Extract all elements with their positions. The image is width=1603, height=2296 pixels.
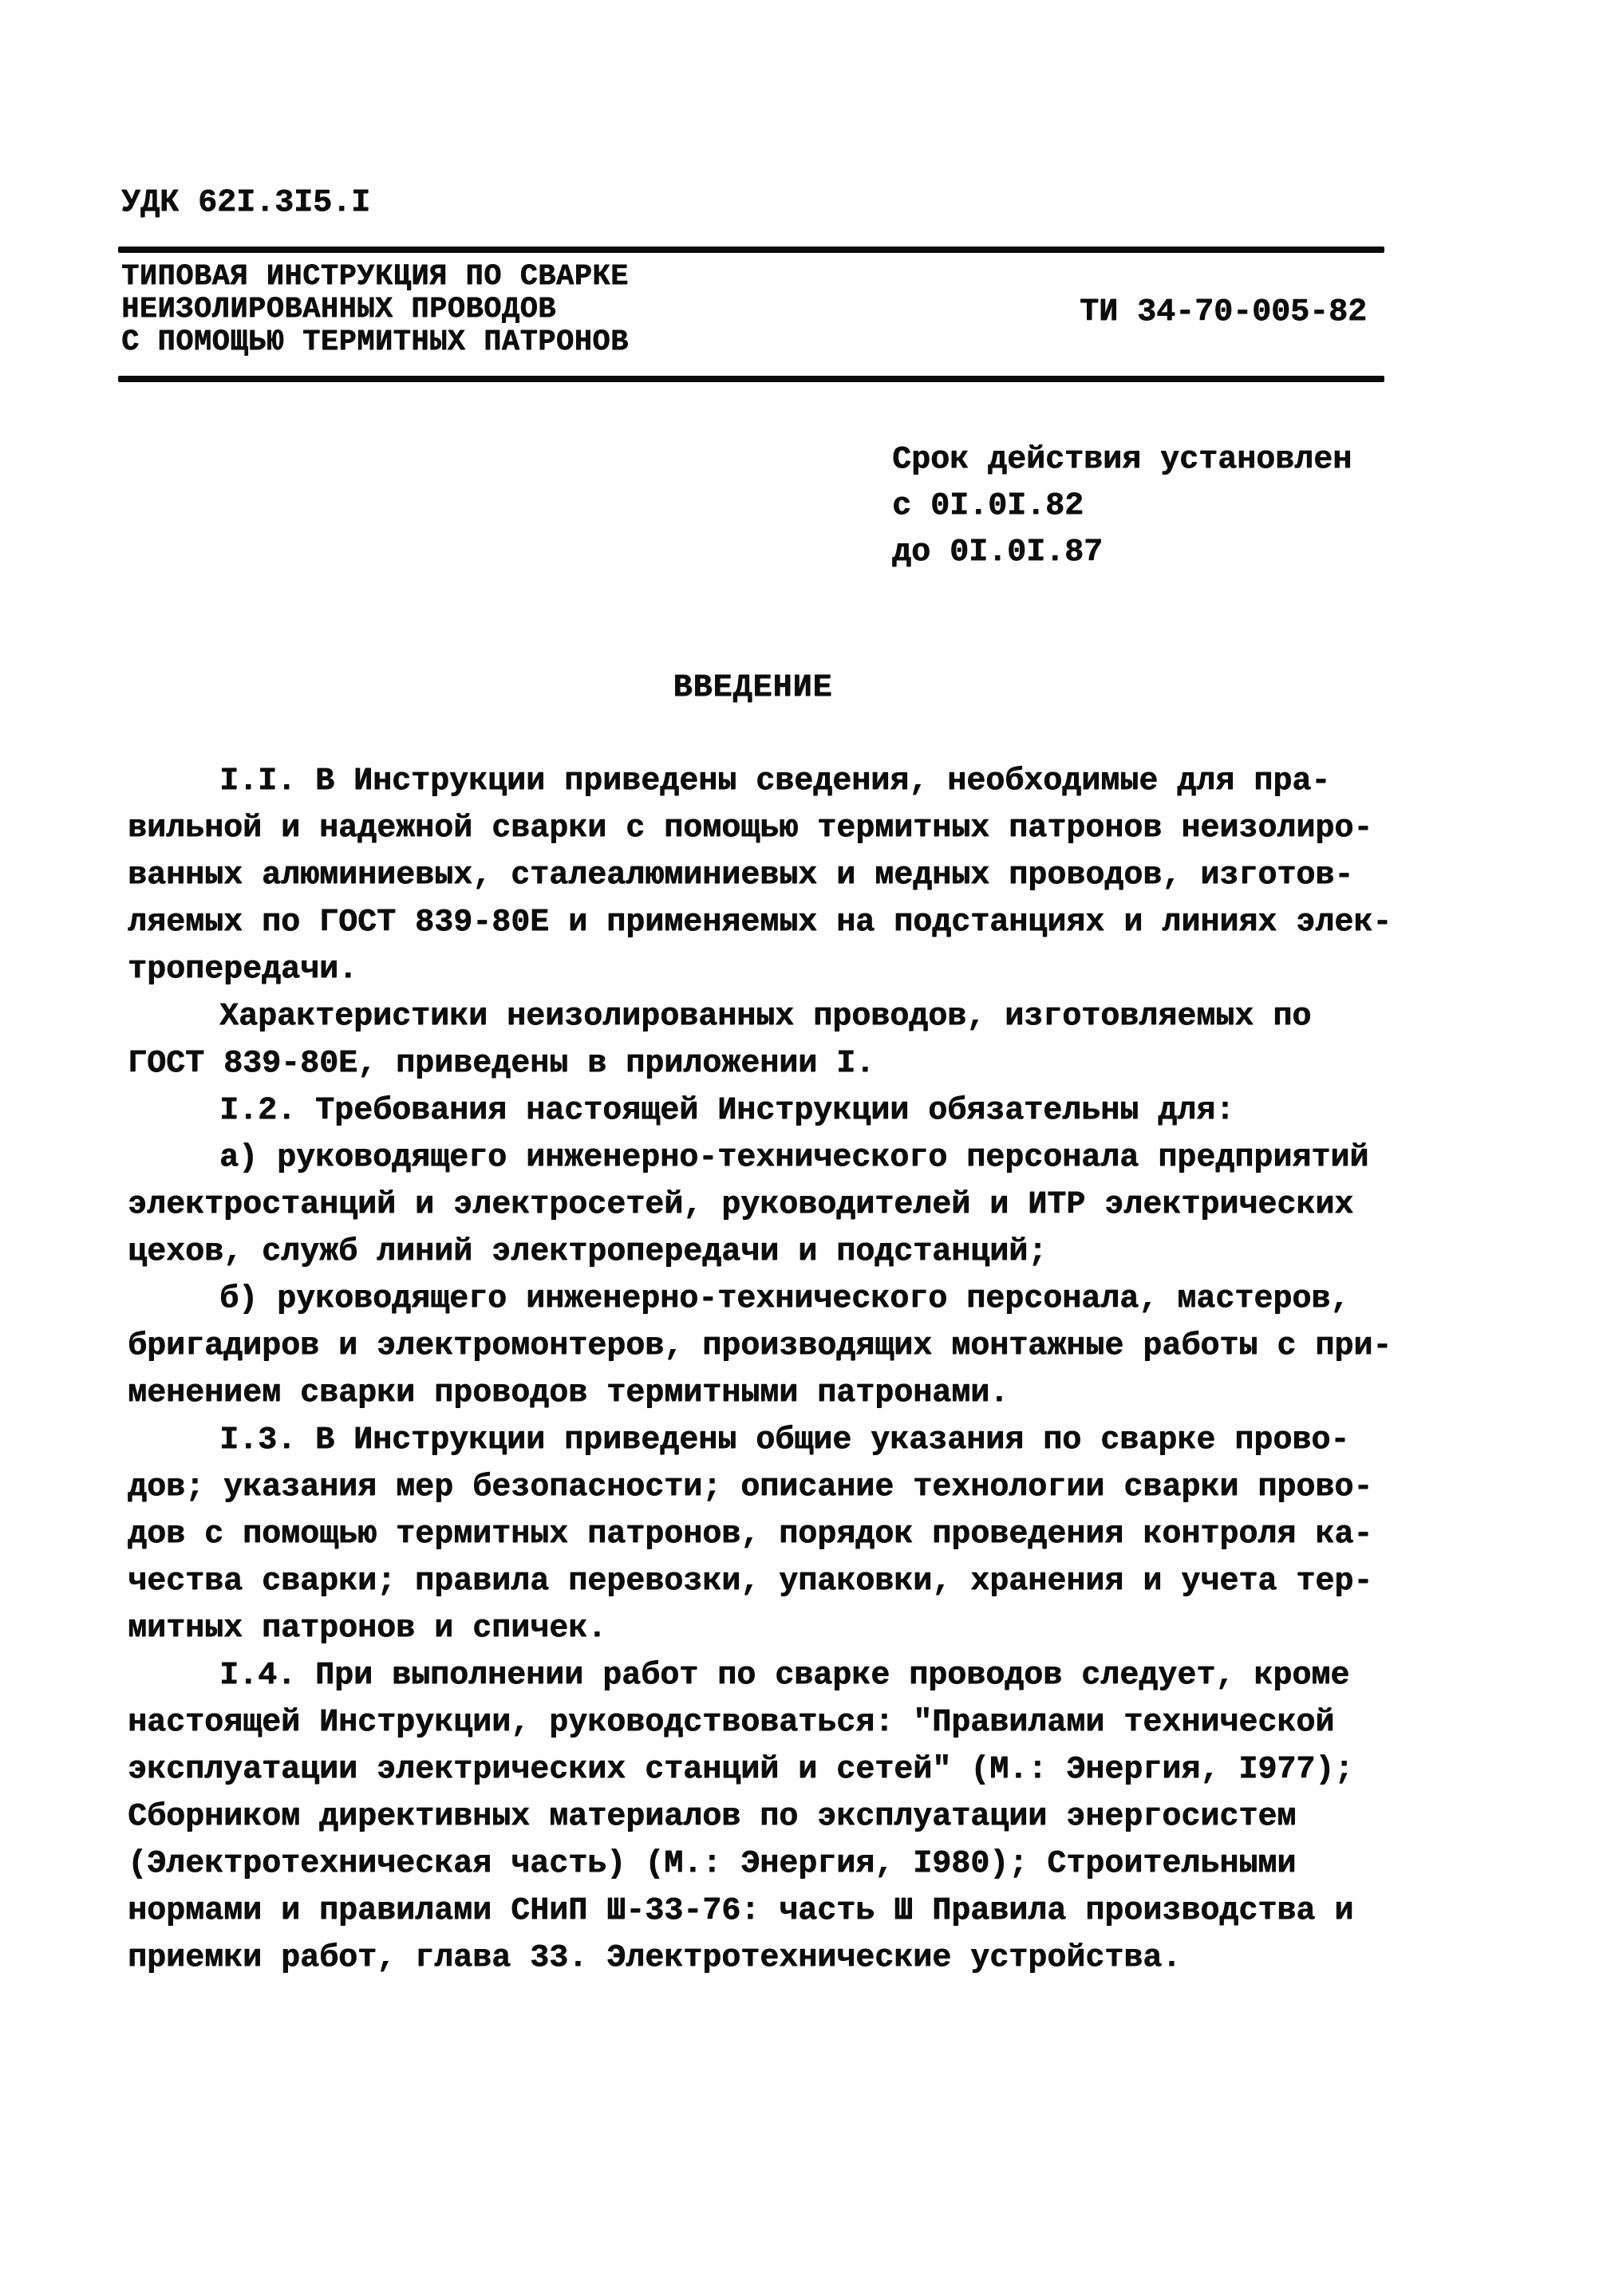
text-line: чества сварки; правила перевозки, упаков… [128, 1558, 1404, 1605]
text-line: ванных алюминиевых, сталеалюминиевых и м… [128, 852, 1404, 899]
text-line: I.2. Требования настоящей Инструкции обя… [128, 1087, 1404, 1134]
section-heading: ВВЕДЕНИЕ [121, 670, 1384, 706]
header-rule-top [118, 247, 1384, 253]
text-line: Сборником директивных материалов по эксп… [128, 1793, 1404, 1840]
text-line: нормами и правилами СНиП Ш-33-76: часть … [128, 1888, 1404, 1935]
text-line: тропередачи. [128, 946, 1404, 993]
document-title-line: С ПОМОЩЬЮ ТЕРМИТНЫХ ПАТРОНОВ [121, 326, 629, 359]
text-line: Характеристики неизолированных проводов,… [128, 993, 1404, 1040]
text-line: настоящей Инструкции, руководствоваться:… [128, 1699, 1404, 1746]
validity-line: с 0I.0I.82 [892, 483, 1352, 530]
text-line: эксплуатации электрических станций и сет… [128, 1746, 1404, 1793]
text-line: бригадиров и электромонтеров, производящ… [128, 1323, 1404, 1370]
text-line: I.I. В Инструкции приведены сведения, не… [128, 758, 1404, 805]
text-line: (Электротехническая часть) (М.: Энергия,… [128, 1840, 1404, 1888]
text-line: цехов, служб линий электропередачи и под… [128, 1229, 1404, 1276]
text-line: электростанций и электросетей, руководит… [128, 1182, 1404, 1229]
scanned-document-page: УДК 62I.3I5.I ТИПОВАЯ ИНСТРУКЦИЯ ПО СВАР… [0, 0, 1603, 2296]
body-text: I.I. В Инструкции приведены сведения, не… [128, 758, 1404, 1982]
validity-line: Срок действия установлен [892, 437, 1352, 483]
text-line: ляемых по ГОСТ 839-80Е и применяемых на … [128, 899, 1404, 946]
text-line: дов; указания мер безопасности; описание… [128, 1464, 1404, 1511]
document-number: ТИ 34-70-005-82 [1080, 294, 1367, 330]
document-title-line: ТИПОВАЯ ИНСТРУКЦИЯ ПО СВАРКЕ [121, 261, 629, 294]
text-line: а) руководящего инженерно-технического п… [128, 1134, 1404, 1182]
text-line: I.4. При выполнении работ по сварке пров… [128, 1652, 1404, 1699]
text-line: I.3. В Инструкции приведены общие указан… [128, 1417, 1404, 1464]
document-title: ТИПОВАЯ ИНСТРУКЦИЯ ПО СВАРКЕНЕИЗОЛИРОВАН… [121, 261, 629, 359]
text-line: вильной и надежной сварки с помощью терм… [128, 805, 1404, 852]
text-line: менением сварки проводов термитными патр… [128, 1370, 1404, 1417]
text-line: приемки работ, глава 33. Электротехничес… [128, 1935, 1404, 1982]
validity-period: Срок действия установленс 0I.0I.82до 0I.… [892, 437, 1352, 576]
validity-line: до 0I.0I.87 [892, 530, 1352, 576]
text-line: дов с помощью термитных патронов, порядо… [128, 1511, 1404, 1558]
udk-code: УДК 62I.3I5.I [121, 185, 370, 221]
text-line: ГОСТ 839-80Е, приведены в приложении I. [128, 1040, 1404, 1087]
document-title-line: НЕИЗОЛИРОВАННЫХ ПРОВОДОВ [121, 294, 629, 326]
text-line: б) руководящего инженерно-технического п… [128, 1276, 1404, 1323]
header-rule-bottom [118, 376, 1384, 382]
text-line: митных патронов и спичек. [128, 1605, 1404, 1652]
